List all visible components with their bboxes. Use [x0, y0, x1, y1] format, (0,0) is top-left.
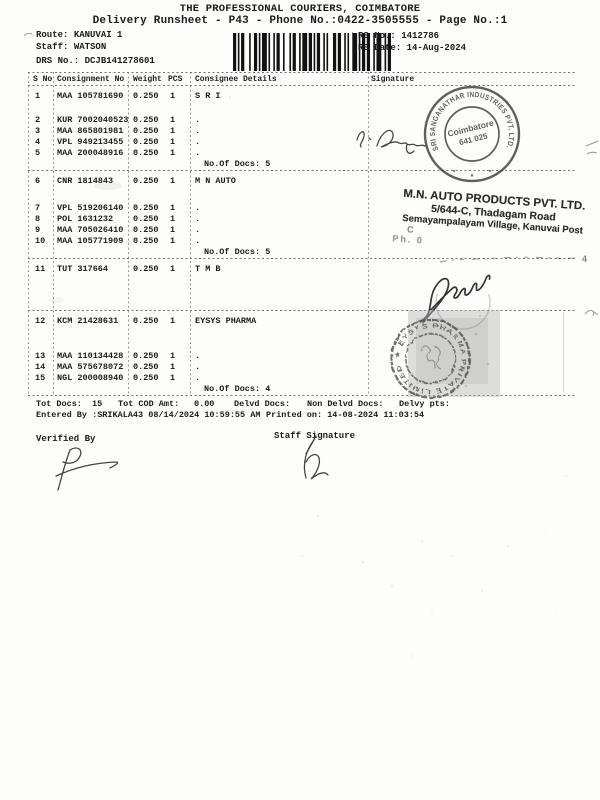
docs-note: No.Of Docs: 5 — [28, 159, 373, 170]
drs-label: DRS No.: — [36, 56, 79, 66]
drs-value: DCJB141278601 — [85, 56, 155, 66]
cell-weight: 0.250 — [133, 126, 159, 137]
cell-consignee: . — [195, 203, 200, 214]
staff-line: Staff: WATSON — [36, 42, 106, 53]
table-row: 2KUR 70020405230.2501. — [28, 115, 373, 126]
non-delvd-docs-label: Non Delvd Docs: — [307, 399, 384, 410]
cell-pcs: 1 — [170, 137, 175, 148]
pen-mark-margin — [23, 31, 33, 39]
cell-pcs: 1 — [170, 148, 175, 159]
cell-pcs: 1 — [170, 126, 175, 137]
cell-consignee: . — [195, 148, 200, 159]
cell-sno: 9 — [35, 225, 40, 236]
cell-weight: 0.250 — [133, 214, 159, 225]
cell-sno: 3 — [35, 126, 40, 137]
route-line: Route: KANUVAI 1 — [36, 30, 122, 41]
fade-mark: 4 — [582, 254, 587, 264]
pen-mark-right — [584, 138, 600, 164]
table-section: 11TUT 3176640.2501T M B — [28, 258, 373, 310]
rs-divider — [352, 32, 353, 58]
smudge-edge-line — [563, 312, 564, 392]
cell-pcs: 1 — [170, 214, 175, 225]
cell-sno: 12 — [35, 316, 45, 327]
cell-pcs: 1 — [170, 316, 175, 327]
staff-label: Staff: — [36, 42, 68, 52]
rs-date-line: RS Date: 14-Aug-2024 — [358, 43, 466, 54]
table-row: 12KCM 214286310.2501EYSYS PHARMA — [28, 316, 373, 327]
staff-signature — [280, 430, 342, 488]
cell-consignee: T M B — [195, 264, 221, 275]
cell-consignment: MAA 200048916 — [57, 148, 123, 159]
cell-pcs: 1 — [170, 176, 175, 187]
cell-weight: 0.250 — [133, 148, 159, 159]
cell-consignment: CNR 1814843 — [57, 176, 113, 187]
cell-sno: 2 — [35, 115, 40, 126]
cell-weight: 0.250 — [133, 373, 159, 384]
cell-consignment: KUR 7002040523 — [57, 115, 128, 126]
cell-consignment: MAA 865801981 — [57, 126, 123, 137]
cell-pcs: 1 — [170, 225, 175, 236]
runsheet-document: THE PROFESSIONAL COURIERS, COIMBATORE De… — [0, 0, 600, 800]
cell-sno: 1 — [35, 91, 40, 102]
col-header-pcs: PCS — [168, 74, 182, 85]
cell-sno: 7 — [35, 203, 40, 214]
drs-line: DRS No.: DCJB141278601 — [36, 56, 155, 67]
table-section: 1MAA 1057816900.2501S R I2KUR 7002040523… — [28, 85, 373, 170]
table-row: 10MAA 1057719090.2501. — [28, 236, 373, 247]
entered-by-line: Entered By :SRIKALA43 08/14/2024 10:59:5… — [36, 410, 260, 421]
cell-weight: 0.250 — [133, 176, 159, 187]
cell-pcs: 1 — [170, 264, 175, 275]
cell-sno: 4 — [35, 137, 40, 148]
route-value: KANUVAI 1 — [74, 30, 123, 40]
cell-sno: 15 — [35, 373, 45, 384]
cell-consignment: MAA 705026410 — [57, 225, 123, 236]
cell-consignee: M N AUTO — [195, 176, 236, 187]
cell-consignment: POL 1631232 — [57, 214, 113, 225]
tot-cod-label: Tot COD Amt: — [118, 399, 179, 410]
cell-pcs: 1 — [170, 362, 175, 373]
cell-weight: 0.250 — [133, 137, 159, 148]
cell-sno: 13 — [35, 351, 45, 362]
sanganathar-stamp: SRI SANGANATHAR INDUSTRIES PVT. LTD. ★ C… — [420, 82, 524, 186]
cell-consignment: MAA 105771909 — [57, 236, 123, 247]
col-header-weight: Weight — [133, 74, 162, 85]
tot-cod-value: 0.00 — [194, 399, 214, 410]
printed-on-line: Printed on: 14-08-2024 11:03:54 — [266, 410, 424, 421]
table-row: 11TUT 3176640.2501T M B — [28, 264, 373, 275]
cell-consignment: TUT 317664 — [57, 264, 108, 275]
cell-consignee: . — [195, 236, 200, 247]
docs-note: No.Of Docs: 5 — [28, 247, 373, 258]
cell-pcs: 1 — [170, 115, 175, 126]
cell-weight: 0.250 — [133, 362, 159, 373]
cell-consignment: MAA 575678072 — [57, 362, 123, 373]
docs-note: No.Of Docs: 4 — [28, 384, 373, 395]
verified-by-signature — [42, 436, 127, 494]
cell-consignee: S R I — [195, 91, 221, 102]
cell-consignment: NGL 200008940 — [57, 373, 123, 384]
rs-no-label: RS No.: — [358, 31, 396, 41]
table-row: 14MAA 5756780720.2501. — [28, 362, 373, 373]
cell-pcs: 1 — [170, 351, 175, 362]
table-row: 15NGL 2000089400.2501. — [28, 373, 373, 384]
stamp-star: ★ — [470, 172, 475, 180]
cell-consignee: . — [195, 362, 200, 373]
cell-pcs: 1 — [170, 373, 175, 384]
org-title: THE PROFESSIONAL COURIERS, COIMBATORE — [0, 3, 600, 15]
cell-weight: 0.250 — [133, 264, 159, 275]
cell-consignment: VPL 949213455 — [57, 137, 123, 148]
table-row: 5MAA 2000489160.2501. — [28, 148, 373, 159]
cell-sno: 5 — [35, 148, 40, 159]
cell-sno: 14 — [35, 362, 45, 373]
cell-pcs: 1 — [170, 203, 175, 214]
table-row: 4VPL 9492134550.2501. — [28, 137, 373, 148]
pen-mark-arrow — [584, 306, 600, 318]
table-row: 7VPL 5192061400.2501. — [28, 203, 373, 214]
cell-weight: 0.250 — [133, 91, 159, 102]
route-label: Route: — [36, 30, 68, 40]
cell-consignee: EYSYS PHARMA — [195, 316, 256, 327]
cell-consignee: . — [195, 115, 200, 126]
cell-weight: 0.250 — [133, 115, 159, 126]
table-row: 3MAA 8658019810.2501. — [28, 126, 373, 137]
cell-consignee: . — [195, 225, 200, 236]
cell-consignee: . — [195, 214, 200, 225]
cell-weight: 0.250 — [133, 236, 159, 247]
cell-consignee: . — [195, 373, 200, 384]
cell-weight: 0.250 — [133, 203, 159, 214]
rs-no-line: RS No.: 1412786 — [358, 31, 439, 42]
table-border — [28, 72, 576, 73]
cell-sno: 11 — [35, 264, 45, 275]
cell-sno: 6 — [35, 176, 40, 187]
cell-consignee: . — [195, 137, 200, 148]
cell-sno: 8 — [35, 214, 40, 225]
table-row: 9MAA 7050264100.2501. — [28, 225, 373, 236]
rs-no-value: 1412786 — [401, 31, 439, 41]
runsheet-title: Delivery Runsheet - P43 - Phone No.:0422… — [0, 15, 600, 27]
cell-sno: 10 — [35, 236, 45, 247]
cell-consignee: . — [195, 126, 200, 137]
cell-pcs: 1 — [170, 236, 175, 247]
tot-docs-label: Tot Docs: — [36, 399, 82, 410]
cell-consignment: MAA 110134428 — [57, 351, 123, 362]
cell-weight: 0.250 — [133, 225, 159, 236]
delvd-docs-label: Delvd Docs: — [234, 399, 290, 410]
eysys-stamp: ★ EYSYS PHARMA PRIVATE LIMITED — [380, 294, 570, 404]
cell-consignee: . — [195, 351, 200, 362]
table-row: 6CNR 18148430.2501M N AUTO — [28, 176, 373, 187]
cell-weight: 0.250 — [133, 351, 159, 362]
table-section: 12KCM 214286310.2501EYSYS PHARMA13MAA 11… — [28, 310, 373, 395]
col-header-signature: Signature — [371, 74, 414, 85]
cell-consignment: MAA 105781690 — [57, 91, 123, 102]
table-row: 1MAA 1057816900.2501S R I — [28, 91, 373, 102]
cell-weight: 0.250 — [133, 316, 159, 327]
col-header-consignee: Consignee Details — [195, 74, 277, 85]
table-section: 6CNR 18148430.2501M N AUTO7VPL 519206140… — [28, 170, 373, 258]
cell-consignment: KCM 21428631 — [57, 316, 118, 327]
cell-consignment: VPL 519206140 — [57, 203, 123, 214]
table-row: 13MAA 1101344280.2501. — [28, 351, 373, 362]
col-header-consignment: Consignment No — [57, 74, 124, 85]
cell-pcs: 1 — [170, 91, 175, 102]
rs-date-label: RS Date: — [358, 43, 401, 53]
tot-docs-value: 15 — [92, 399, 102, 410]
staff-value: WATSON — [74, 42, 106, 52]
rs-date-value: 14-Aug-2024 — [407, 43, 466, 53]
col-header-sno: S No — [33, 74, 52, 85]
table-row: 8POL 16312320.2501. — [28, 214, 373, 225]
